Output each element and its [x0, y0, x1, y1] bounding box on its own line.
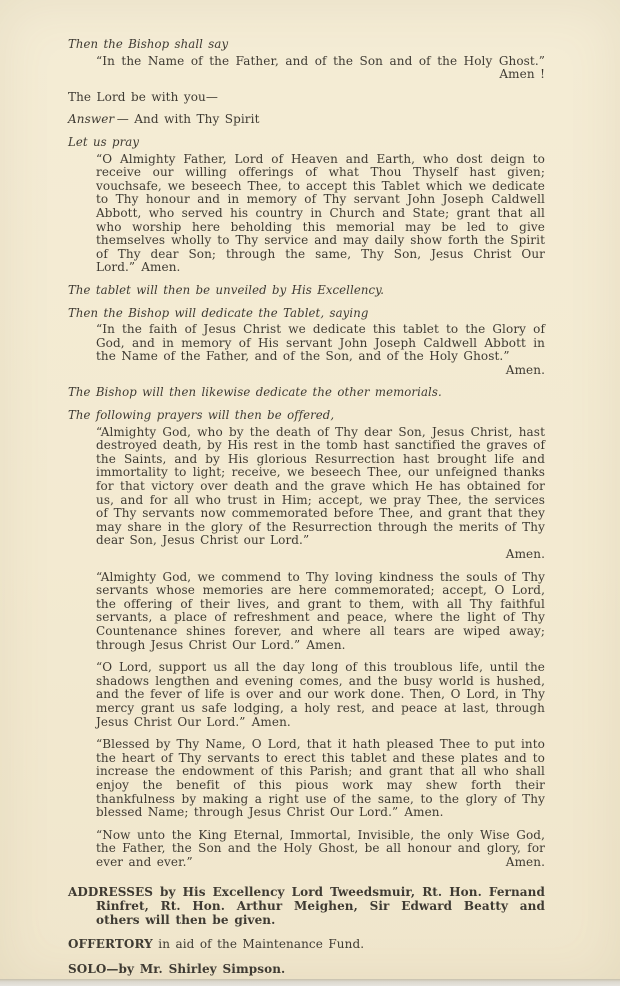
order-of-service: Then the Bishop shall say “In the Name o…	[0, 0, 620, 976]
answer-line: Answer — And with Thy Spirit	[68, 113, 545, 127]
prayer-o-almighty-father: “O Almighty Father, Lord of Heaven and E…	[96, 153, 545, 275]
dedication-of-tablet: “In the faith of Jesus Christ we dedicat…	[96, 323, 545, 364]
announcement-offertory: OFFERTORY in aid of the Maintenance Fund…	[68, 938, 545, 952]
answer-label: Answer	[68, 112, 114, 126]
prayer-loving-kindness: “Almighty God, we commend to Thy loving …	[96, 571, 545, 653]
versicle-the-lord-be-with-you: The Lord be with you—	[68, 91, 545, 105]
announcement-solo: SOLO—by Mr. Shirley Simpson.	[68, 963, 545, 977]
lead-word-solo: SOLO—	[68, 962, 119, 976]
page-bottom-edge	[0, 979, 620, 986]
prayer-o-lord-support-us: “O Lord, support us all the day long of …	[96, 661, 545, 729]
lead-word-offertory: OFFERTORY	[68, 937, 153, 951]
answer-text: — And with Thy Spirit	[114, 112, 259, 126]
announcement-text: by His Excellency Lord Tweedsmuir, Rt. H…	[96, 885, 545, 926]
prayer-almighty-god-death-of-son: “Almighty God, who by the death of Thy d…	[96, 426, 545, 548]
rubric-other-memorials: The Bishop will then likewise dedicate t…	[68, 386, 545, 400]
rubric-bishop-dedicates-tablet: Then the Bishop will dedicate the Tablet…	[68, 307, 545, 321]
announcement-addresses: ADDRESSES by His Excellency Lord Tweedsm…	[68, 886, 545, 927]
rubric-bishop-shall-say: Then the Bishop shall say	[68, 38, 545, 52]
amen-response: Amen.	[506, 856, 545, 870]
announcement-text: in aid of the Maintenance Fund.	[153, 937, 364, 951]
scanned-program-page: Then the Bishop shall say “In the Name o…	[0, 0, 620, 986]
amen-response: Amen.	[96, 364, 545, 378]
lead-word-addresses: ADDRESSES	[68, 885, 153, 899]
prayer-text: “Now unto the King Eternal, Immortal, In…	[96, 828, 545, 869]
amen-response: Amen.	[96, 548, 545, 562]
rubric-following-prayers: The following prayers will then be offer…	[68, 409, 545, 423]
prayer-blessed-by-thy-name: “Blessed by Thy Name, O Lord, that it ha…	[96, 738, 545, 820]
announcement-text: by Mr. Shirley Simpson.	[119, 962, 286, 976]
invocation-line: “In the Name of the Father, and of the S…	[96, 55, 545, 69]
rubric-let-us-pray: Let us pray	[68, 136, 545, 150]
amen-response: Amen !	[96, 68, 545, 82]
prayer-king-eternal: “Now unto the King Eternal, Immortal, In…	[96, 829, 545, 870]
rubric-tablet-unveiled: The tablet will then be unveiled by His …	[68, 284, 545, 298]
